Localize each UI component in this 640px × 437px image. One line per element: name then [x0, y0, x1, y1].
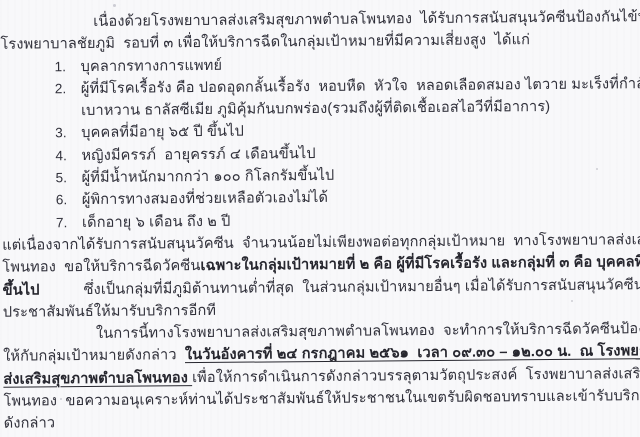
list-item-3-text: บุคคลที่มีอายุ ๖๕ ปี ขึ้นไป	[81, 124, 244, 141]
scanned-document-page: เนื่องด้วยโรงพยาบาลส่งเสริมสุขภาพตำบลโพน…	[0, 0, 640, 437]
list-item-7-text: เด็กอายุ ๖ เดือน ถึง ๒ ปี	[82, 213, 231, 230]
list-item-4-number: 4.	[55, 145, 81, 168]
list-item-5-number: 5.	[56, 167, 82, 190]
paragraph-2-line-2-normal: โพนทอง ขอให้บริการฉีดวัคซีน	[2, 258, 200, 276]
paragraph-2-line-2-bold: เฉพาะในกลุ่มเป้าหมายที่ ๒ คือ ผู้ที่มีโร…	[200, 254, 640, 275]
paragraph-2-line-3-normal: ซึ่งเป็นกลุ่มที่มีภูมิต้านทานต่ำที่สุด ใ…	[39, 276, 640, 298]
list-item-2-text-line-2: เบาหวาน ธาลัสซีเมีย ภูมิคุ้มกันบกพร่อง(ร…	[81, 99, 550, 119]
list-item-2-text-line-1: ผู้ที่มีโรคเรื้อรัง คือ ปอดอุดกลั้นเรื้อ…	[81, 75, 640, 97]
list-item-1-text: บุคลากรทางการแพทย์	[81, 57, 223, 74]
list-item-6-text: ผู้พิการทางสมองที่ช่วยเหลือตัวเองไม่ได้	[82, 190, 328, 208]
paragraph-3-line-2-date-time-underlined: ในวันอังคารที่ ๒๔ กรกฎาคม ๒๕๖๑ เวลา ๐๙.๓…	[185, 343, 640, 363]
paragraph-3-line-2-normal: ให้กับกลุ่มเป้าหมายดังกล่าว	[3, 348, 185, 366]
list-item-3-number: 3.	[55, 123, 81, 146]
paragraph-3-line-3-normal: เพื่อให้การดำเนินการดังกล่าวบรรลุตามวัตถ…	[192, 365, 640, 386]
list-item-2-number: 2.	[55, 78, 81, 101]
list-item-4-text: หญิงมีครรภ์ อายุครรภ์ ๔ เดือนขึ้นไป	[81, 146, 315, 164]
paragraph-3-line-3-place-underlined: ส่งเสริมสุขภาพตำบลโพนทอง	[3, 370, 192, 388]
list-item-7-number: 7.	[56, 212, 82, 235]
list-item-1-number: 1.	[55, 56, 81, 79]
list-item-6-number: 6.	[56, 189, 82, 212]
scan-speck	[113, 4, 116, 7]
paragraph-2-line-3-bold: ขึ้นไป	[3, 282, 40, 298]
document-body: เนื่องด้วยโรงพยาบาลส่งเสริมสุขภาพตำบลโพน…	[0, 6, 636, 435]
list-item-5-text: ผู้ที่มีน้ำหนักมากกว่า ๑๐๐ กิโลกรัมขึ้นไ…	[82, 168, 335, 186]
